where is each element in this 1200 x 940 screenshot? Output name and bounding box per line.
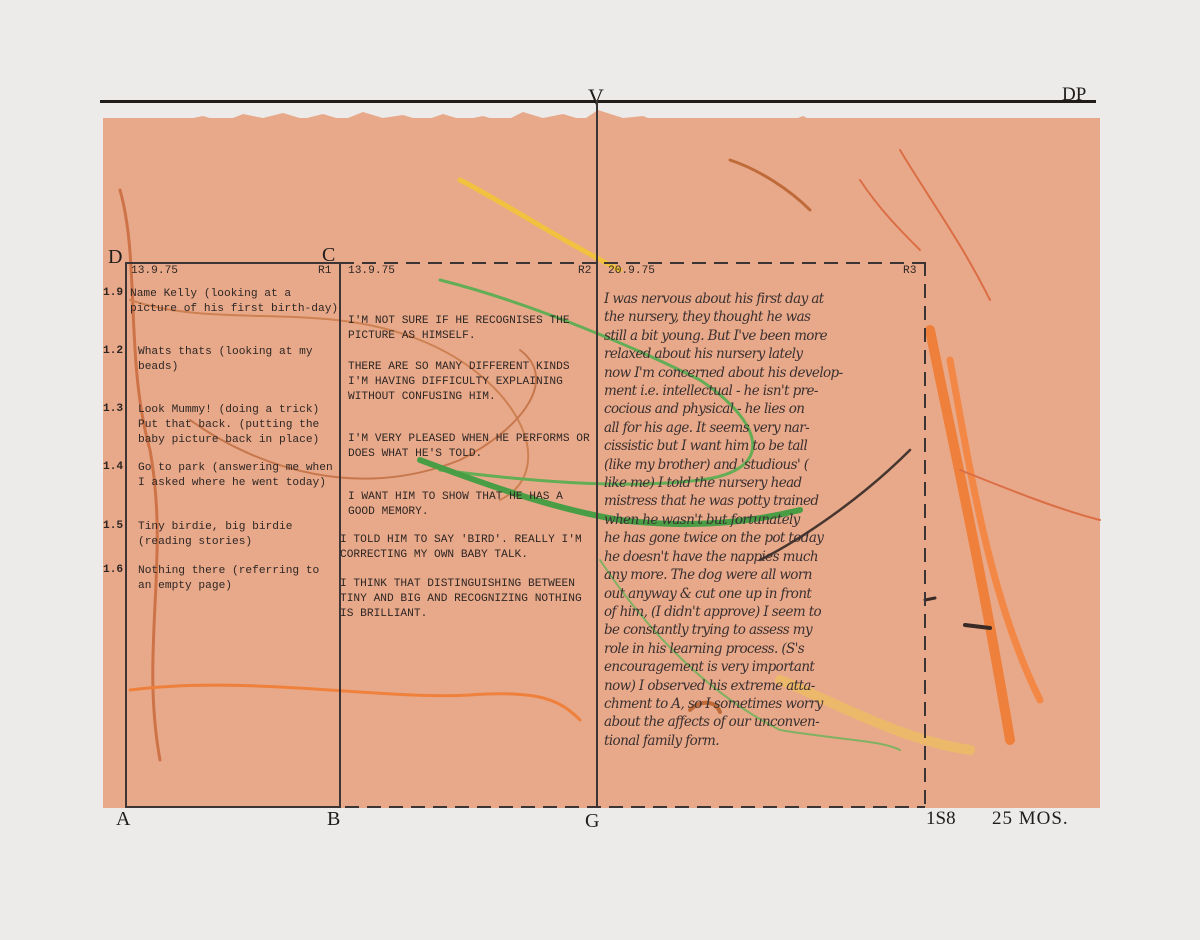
r1-entry-number: 1.5 [103,520,123,532]
r2-paragraph: I THINK THAT DISTINGUISHING BETWEEN TINY… [340,577,596,622]
handwritten-line: ment i.e. intellectual - he isn't pre- [604,382,926,400]
baseline-ab [125,806,340,808]
handwritten-line: he has gone twice on the pot today [604,529,926,547]
handwritten-line: now I'm concerned about his develop- [604,364,926,382]
r2-date: 13.9.75 [348,264,395,279]
r2-paragraph: I'M VERY PLEASED WHEN HE PERFORMS OR DOE… [348,432,594,462]
handwritten-line: cissistic but I want him to be tall [604,437,926,455]
r1-entry-text: Nothing there (referring to an empty pag… [138,564,338,594]
r3-tag: R3 [903,264,916,279]
r1-entry-number: 1.2 [103,345,123,357]
handwritten-line: all for his age. It seems very nar- [604,419,926,437]
r2-paragraph: I WANT HIM TO SHOW THAT HE HAS A GOOD ME… [348,490,594,520]
label-b: B [327,808,340,831]
r1-tag: R1 [318,264,331,279]
handwritten-line: tional family form. [604,732,926,750]
r1-date: 13.9.75 [131,264,178,279]
handwritten-line: cocious and physical - he lies on [604,400,926,418]
r1-entry-text: Name Kelly (looking at a picture of his … [130,287,340,317]
label-d: D [108,246,122,269]
handwritten-line: about the affects of our unconven- [604,713,926,731]
vertical-axis-v [596,100,598,808]
handwritten-line: of him, (I didn't approve) I seem to [604,603,926,621]
handwritten-line: out anyway & cut one up in front [604,585,926,603]
r1-entry-number: 1.6 [103,564,123,576]
r3-handwritten-note: I was nervous about his first day at the… [604,290,926,750]
handwritten-line: I was nervous about his first day at [604,290,926,308]
handwritten-line: mistress that he was potty trained [604,492,926,510]
handwritten-line: he doesn't have the nappies much [604,548,926,566]
r2-paragraph: THERE ARE SO MANY DIFFERENT KINDS I'M HA… [348,360,594,405]
handwritten-line: the nursery, they thought he was [604,308,926,326]
r1-entry-text: Tiny birdie, big birdie (reading stories… [138,520,338,550]
r2-tag: R2 [578,264,591,279]
r2-paragraph: I TOLD HIM TO SAY 'BIRD'. REALLY I'M COR… [340,533,594,563]
r1-entry-number: 1.3 [103,403,123,415]
handwritten-line: (like my brother) and 'studious' ( [604,456,926,474]
r3-date: 20.9.75 [608,264,655,279]
handwritten-line: still a bit young. But I've been more [604,327,926,345]
r1-entry-number: 1.9 [103,287,123,299]
baseline-dashed [345,806,925,808]
handwritten-line: chment to A, so I sometimes worry [604,695,926,713]
grid-line-r1-left [125,262,127,808]
r1-entry-text: Look Mummy! (doing a trick) Put that bac… [138,403,338,448]
handwritten-line: relaxed about his nursery lately [604,345,926,363]
subject-age: 25 MOS. [992,808,1069,830]
label-g: G [585,810,599,833]
r1-entry-text: Go to park (answering me when I asked wh… [138,461,338,491]
handwritten-line: be constantly trying to assess my [604,621,926,639]
handwritten-line: now) I observed his extreme atta- [604,677,926,695]
handwritten-line: like me) I told the nursery head [604,474,926,492]
r1-entry-text: Whats thats (looking at my beads) [138,345,338,375]
handwritten-line: role in his learning process. (S's [604,640,926,658]
subject-code: 1S8 [926,808,956,830]
r1-entry-number: 1.4 [103,461,123,473]
label-a: A [116,808,130,831]
handwritten-line: when he wasn't but fortunately [604,511,926,529]
handwritten-line: any more. The dog were all worn [604,566,926,584]
handwritten-line: encouragement is very important [604,658,926,676]
r2-paragraph: I'M NOT SURE IF HE RECOGNISES THE PICTUR… [348,314,594,344]
